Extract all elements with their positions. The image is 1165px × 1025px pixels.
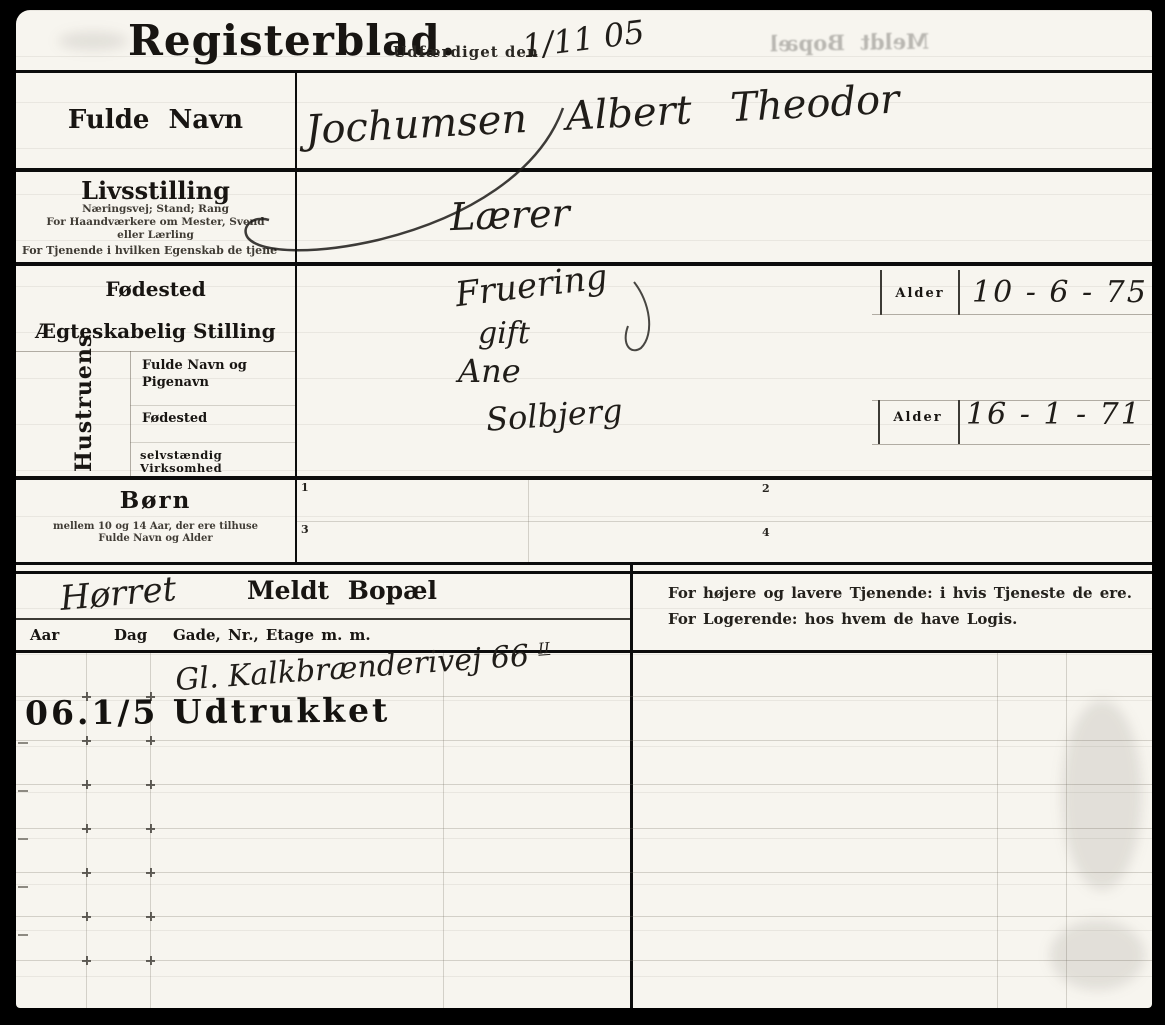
wife-birthplace-label: Fødested [142, 412, 282, 426]
tick-mark [146, 824, 155, 833]
child-slot-2: 2 [762, 482, 770, 495]
scan-smudge [1062, 700, 1142, 890]
v-rule-children-mid [528, 480, 529, 562]
tick-mark [82, 824, 91, 833]
address-floor: II [537, 639, 550, 658]
column-header-year: Aar [30, 627, 59, 644]
v-rule-age2-right [958, 400, 960, 444]
marital-status-label: Ægteskabelig Stilling [16, 320, 295, 342]
child-slot-1: 1 [301, 481, 309, 494]
h-rule-age2-bottom [872, 444, 1150, 445]
margin-dash [18, 838, 28, 840]
occupation-subtext-1: Næringsvej; Stand; Rang [16, 204, 295, 216]
servants-note-line1: For højere og lavere Tjenende: i hvis Tj… [668, 585, 1132, 602]
tick-mark [146, 956, 155, 965]
residence-header: Meldt Bopæl [247, 577, 437, 605]
child-slot-3: 3 [301, 523, 309, 536]
occupation-handwritten: Lærer [449, 191, 570, 239]
tick-mark [146, 780, 155, 789]
wife-name-label: Fulde Navn og Pigenavn [142, 358, 272, 392]
tick-mark [146, 868, 155, 877]
margin-dash [18, 742, 28, 744]
v-rule-age1-right [958, 270, 960, 315]
tick-mark [82, 912, 91, 921]
lodgers-note-line2: For Logerende: hos hvem de have Logis. [668, 611, 1017, 628]
occupation-label: Livsstilling [16, 178, 295, 204]
children-subtext-2: Fulde Navn og Alder [16, 533, 295, 544]
occupation-subtext-3: eller Lærling [16, 230, 295, 242]
tick-mark [82, 956, 91, 965]
grid-row-line [16, 960, 1152, 961]
child-slot-4: 4 [762, 526, 770, 539]
scan-smudge [1050, 920, 1145, 990]
wife-age-label: Alder [880, 411, 956, 425]
issued-date-label: Udfærdiget den [393, 44, 539, 61]
bleed-through-ghost-text: Meldt Bopæl [770, 29, 930, 57]
v-rule-label-column [295, 72, 297, 562]
full-name-label: Fulde Navn [16, 106, 295, 135]
grid-row-line [16, 828, 1152, 829]
h-rule-wife-row1 [130, 405, 295, 406]
scanned-register-card: Meldt Bopæl Registerblad. Udfærdiget den… [0, 0, 1165, 1025]
grid-row-line [16, 916, 1152, 917]
wife-business-label: selvstændig Virksomhed [140, 449, 295, 474]
h-rule-name [16, 168, 1152, 172]
h-rule-header [16, 70, 1152, 73]
h-rule-double-a [16, 562, 1152, 565]
marital-status-handwritten: gift [478, 316, 530, 351]
occupation-subtext-2: For Haandværkere om Mester, Svend [16, 217, 295, 229]
h-rule-wife-top [16, 351, 295, 352]
scan-smudge [58, 32, 128, 50]
margin-dash [18, 790, 28, 792]
tick-mark [82, 780, 91, 789]
withdrawn-stamp: 06.1/5 Udtrukket [25, 690, 391, 732]
occupation-subtext-4: For Tjenende i hvilken Egenskab de tjene [22, 245, 295, 257]
v-rule-table-divider [630, 562, 633, 1008]
h-rule-double-b [16, 571, 1152, 574]
grid-row-line [16, 872, 1152, 873]
tick-mark [82, 736, 91, 745]
age-label: Alder [882, 287, 958, 301]
v-rule-wife-inner [130, 351, 131, 478]
margin-dash [18, 934, 28, 936]
grid-row-line [16, 740, 1152, 741]
birthplace-label: Fødested [16, 278, 295, 300]
h-rule-wife-bottom [16, 476, 1152, 480]
tick-mark [82, 868, 91, 877]
h-rule-table-top [16, 650, 1152, 653]
tick-mark [146, 736, 155, 745]
children-subtext-1: mellem 10 og 14 Aar, der ere tilhuse [16, 521, 295, 532]
grid-row-line [16, 784, 1152, 785]
tick-mark [146, 912, 155, 921]
margin-dash [18, 886, 28, 888]
grid-col-street [443, 653, 444, 1008]
column-header-day: Dag [114, 627, 147, 644]
wife-section-label: Hustruens [72, 360, 96, 472]
h-rule-residence-header [16, 618, 630, 620]
age-handwritten: 10 - 6 - 75 [972, 275, 1148, 310]
children-label: Børn [16, 488, 295, 513]
column-header-street: Gade, Nr., Etage m. m. [173, 627, 371, 644]
h-rule-wife-row2 [130, 442, 295, 443]
grid-col-right-a [997, 653, 998, 1008]
wife-name-handwritten: Ane [458, 352, 521, 390]
wife-age-handwritten: 16 - 1 - 71 [966, 397, 1142, 432]
h-rule-children-mid [296, 521, 1152, 522]
h-rule-age1-bottom [872, 314, 1152, 315]
